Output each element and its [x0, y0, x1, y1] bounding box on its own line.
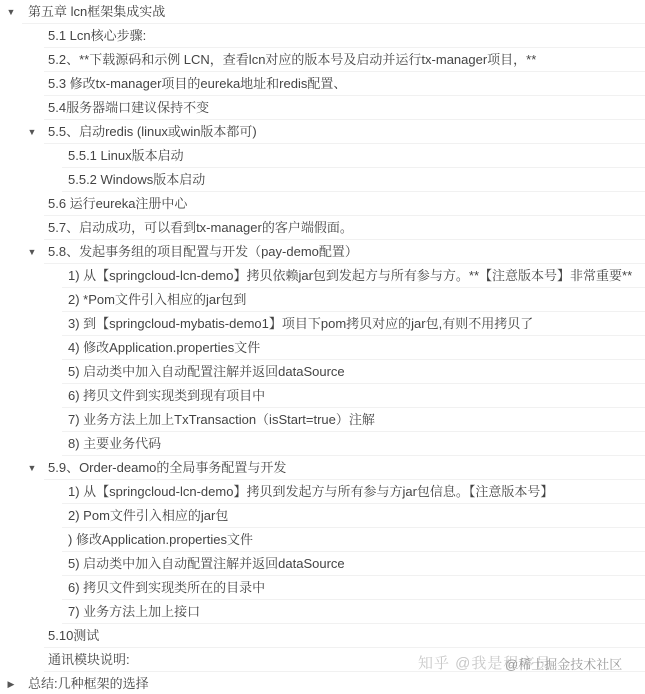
outline-item-label[interactable]: 5.5.2 Windows版本启动 [68, 168, 205, 192]
outline-item-label[interactable]: 8) 主要业务代码 [68, 432, 161, 456]
outline-item-label[interactable]: 6) 拷贝文件到实现类到现有项目中 [68, 384, 265, 408]
outline-item-5-6[interactable]: 5.6 运行eureka注册中心 [0, 192, 645, 216]
outline-item-5-5-2[interactable]: 5.5.2 Windows版本启动 [0, 168, 645, 192]
expanded-triangle-icon[interactable]: ▼ [26, 456, 38, 480]
outline-item-5-8-5[interactable]: 5) 启动类中加入自动配置注解并返回dataSource [0, 360, 645, 384]
outline-item-5-8-4[interactable]: 4) 修改Application.properties文件 [0, 336, 645, 360]
outline-item-5-10[interactable]: 5.10测试 [0, 624, 645, 648]
outline-item-summary[interactable]: ▶ 总结:几种框架的选择 [0, 672, 645, 694]
outline-item-label[interactable]: 通讯模块说明: [48, 648, 130, 672]
outline-item-5-5[interactable]: ▼ 5.5、启动redis (linux或win版本都可) [0, 120, 645, 144]
outline-item-label[interactable]: 1) 从【springcloud-lcn-demo】拷贝到发起方与所有参与方ja… [68, 480, 553, 504]
outline-item-5-9[interactable]: ▼ 5.9、Order-deamo的全局事务配置与开发 [0, 456, 645, 480]
outline-item-label[interactable]: 5.1 Lcn核心步骤: [48, 24, 146, 48]
outline-item-5-8-2[interactable]: 2) *Pom文件引入相应的jar包到 [0, 288, 645, 312]
outline-item-label[interactable]: 5) 启动类中加入自动配置注解并返回dataSource [68, 360, 345, 384]
outline-item-5-1[interactable]: 5.1 Lcn核心步骤: [0, 24, 645, 48]
outline-item-5-2[interactable]: 5.2、**下载源码和示例 LCN，查看lcn对应的版本号及启动并运行tx-ma… [0, 48, 645, 72]
watermark-overlay: @稀土掘金技术社区 [505, 654, 622, 673]
outline-item-label[interactable]: 1) 从【springcloud-lcn-demo】拷贝依赖jar包到发起方与所… [68, 264, 632, 288]
outline-item-label[interactable]: 5.9、Order-deamo的全局事务配置与开发 [48, 456, 286, 480]
expanded-triangle-icon[interactable]: ▼ [26, 120, 38, 144]
outline-item-label[interactable]: 6) 拷贝文件到实现类所在的目录中 [68, 576, 265, 600]
outline-item-label[interactable]: 3) 到【springcloud-mybatis-demo1】项目下pom拷贝对… [68, 312, 533, 336]
outline-item-label[interactable]: 5.2、**下载源码和示例 LCN，查看lcn对应的版本号及启动并运行tx-ma… [48, 48, 536, 72]
outline-item-label[interactable]: 7) 业务方法上加上接口 [68, 600, 200, 624]
outline-item-5-9-2[interactable]: 2) Pom文件引入相应的jar包 [0, 504, 645, 528]
outline-item-5-9-5[interactable]: 6) 拷贝文件到实现类所在的目录中 [0, 576, 645, 600]
outline-item-5-8-6[interactable]: 6) 拷贝文件到实现类到现有项目中 [0, 384, 645, 408]
outline-item-label[interactable]: 总结:几种框架的选择 [28, 672, 149, 694]
outline-item-5-8[interactable]: ▼ 5.8、发起事务组的项目配置与开发（pay-demo配置） [0, 240, 645, 264]
outline-item-label[interactable]: 2) *Pom文件引入相应的jar包到 [68, 288, 246, 312]
outline-item-5-8-7[interactable]: 7) 业务方法上加上TxTransaction（isStart=true）注解 [0, 408, 645, 432]
outline-item-label[interactable]: 5.7、启动成功，可以看到tx-manager的客户端假面。 [48, 216, 353, 240]
outline-item-label[interactable]: 2) Pom文件引入相应的jar包 [68, 504, 228, 528]
outline-item-5-4[interactable]: 5.4服务器端口建议保持不变 [0, 96, 645, 120]
outline-item-label[interactable]: ) 修改Application.properties文件 [68, 528, 253, 552]
outline-item-label[interactable]: 5.8、发起事务组的项目配置与开发（pay-demo配置） [48, 240, 358, 264]
outline-item-label[interactable]: 7) 业务方法上加上TxTransaction（isStart=true）注解 [68, 408, 375, 432]
outline-item-chapter5[interactable]: ▼ 第五章 lcn框架集成实战 [0, 0, 645, 24]
outline-item-label[interactable]: 5) 启动类中加入自动配置注解并返回dataSource [68, 552, 345, 576]
outline-item-label[interactable]: 5.10测试 [48, 624, 99, 648]
outline-item-5-3[interactable]: 5.3 修改tx-manager项目的eureka地址和redis配置、 [0, 72, 645, 96]
outline-item-5-8-8[interactable]: 8) 主要业务代码 [0, 432, 645, 456]
outline-item-5-9-6[interactable]: 7) 业务方法上加上接口 [0, 600, 645, 624]
collapsed-triangle-icon[interactable]: ▶ [5, 672, 17, 694]
outline-item-5-9-4[interactable]: 5) 启动类中加入自动配置注解并返回dataSource [0, 552, 645, 576]
outline-item-label[interactable]: 5.4服务器端口建议保持不变 [48, 96, 209, 120]
outline-item-label[interactable]: 4) 修改Application.properties文件 [68, 336, 260, 360]
expanded-triangle-icon[interactable]: ▼ [5, 0, 17, 24]
outline-item-5-7[interactable]: 5.7、启动成功，可以看到tx-manager的客户端假面。 [0, 216, 645, 240]
outline-item-label[interactable]: 第五章 lcn框架集成实战 [28, 0, 165, 24]
outline-item-5-5-1[interactable]: 5.5.1 Linux版本启动 [0, 144, 645, 168]
outline-item-5-8-1[interactable]: 1) 从【springcloud-lcn-demo】拷贝依赖jar包到发起方与所… [0, 264, 645, 288]
outline-item-5-9-1[interactable]: 1) 从【springcloud-lcn-demo】拷贝到发起方与所有参与方ja… [0, 480, 645, 504]
outline-item-label[interactable]: 5.5、启动redis (linux或win版本都可) [48, 120, 257, 144]
expanded-triangle-icon[interactable]: ▼ [26, 240, 38, 264]
outline-item-5-9-3[interactable]: ) 修改Application.properties文件 [0, 528, 645, 552]
outline-item-label[interactable]: 5.3 修改tx-manager项目的eureka地址和redis配置、 [48, 72, 346, 96]
outline-item-label[interactable]: 5.6 运行eureka注册中心 [48, 192, 187, 216]
outline-item-5-8-3[interactable]: 3) 到【springcloud-mybatis-demo1】项目下pom拷贝对… [0, 312, 645, 336]
outline-item-label[interactable]: 5.5.1 Linux版本启动 [68, 144, 184, 168]
document-outline: ▼ 第五章 lcn框架集成实战 5.1 Lcn核心步骤: 5.2、**下载源码和… [0, 0, 645, 694]
